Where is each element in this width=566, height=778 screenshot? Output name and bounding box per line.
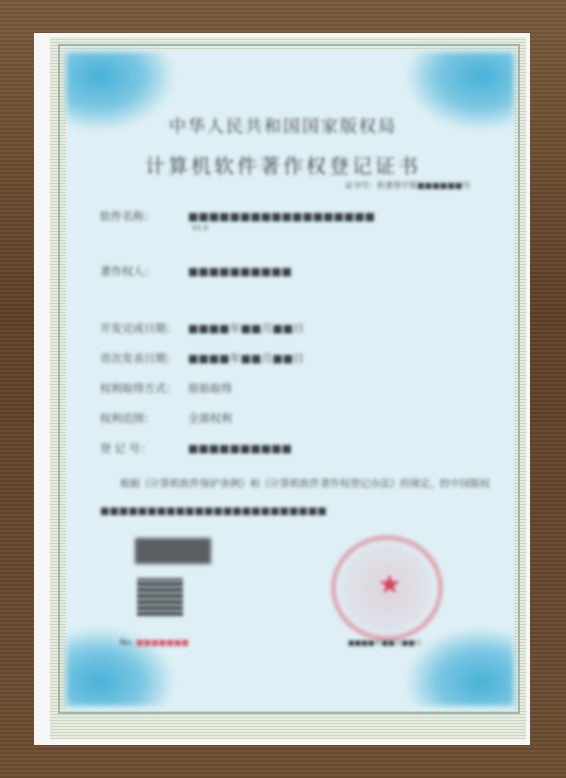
qr-code	[137, 578, 183, 616]
field-publish-date: 首次发表日期：■■■■年■■月■■日	[100, 350, 304, 366]
field-value: ■■■■■■■■■■■■■■■■■■	[188, 210, 375, 223]
field-value: 全部权利	[188, 410, 232, 426]
field-value: 原始取得	[188, 380, 232, 396]
software-version: V1.0	[192, 224, 208, 232]
field-value: ■■■■年■■月■■日	[188, 350, 304, 366]
field-value: ■■■■■■■■■■	[188, 265, 292, 278]
certificate-number: 证书号：软著登字第■■■■■■号	[345, 180, 470, 191]
field-value: ■■■■年■■月■■日	[188, 320, 304, 336]
field-acquisition-method: 权利取得方式：原始取得	[100, 380, 232, 396]
barcode-block	[135, 538, 211, 564]
field-label: 权利取得方式：	[100, 380, 188, 396]
serial-number: No. ■■■■■■■	[120, 638, 189, 647]
field-label: 著作权人：	[100, 263, 188, 279]
field-registration-number: 登 记 号：■■■■■■■■■■	[100, 440, 292, 456]
certificate-content: 中华人民共和国国家版权局 计算机软件著作权登记证书 证书号：软著登字第■■■■■…	[0, 0, 566, 778]
serial-label: No.	[120, 638, 133, 647]
seal-star-icon: ★	[378, 570, 401, 600]
field-software-name: 软件名称：■■■■■■■■■■■■■■■■■■	[100, 208, 375, 224]
statement-line-1: 根据《计算机软件保护条例》和《计算机软件著作权登记办法》的规定，经中国版权保护中…	[120, 475, 490, 490]
field-rights-scope: 权利范围：全部权利	[100, 410, 232, 426]
certificate-title: 计算机软件著作权登记证书	[0, 150, 566, 179]
field-label: 开发完成日期：	[100, 320, 188, 336]
field-label: 软件名称：	[100, 208, 188, 224]
statement-line-2: ■■■■■■■■■■■■■■■■■■■■■■■■	[100, 506, 327, 517]
field-label: 登 记 号：	[100, 440, 188, 456]
field-label: 权利范围：	[100, 410, 188, 426]
field-value: ■■■■■■■■■■	[188, 442, 292, 455]
issuer-heading: 中华人民共和国国家版权局	[0, 112, 566, 137]
field-label: 首次发表日期：	[100, 350, 188, 366]
field-copyright-owner: 著作权人：■■■■■■■■■■	[100, 263, 292, 279]
seal-date: ■■■■年■■月■■日	[348, 638, 422, 648]
serial-value: ■■■■■■■	[136, 638, 189, 647]
field-completion-date: 开发完成日期：■■■■年■■月■■日	[100, 320, 304, 336]
